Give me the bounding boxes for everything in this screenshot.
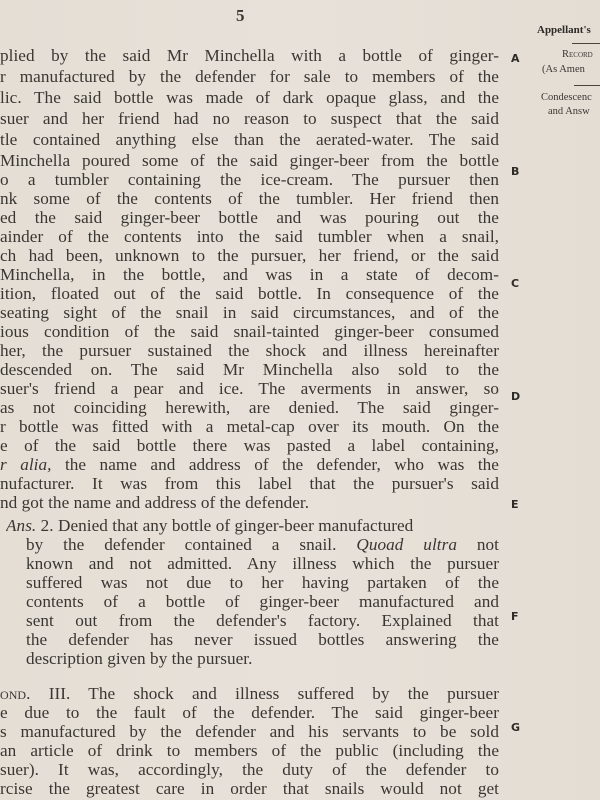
text-line: Minchella poured some of the said ginger… (0, 151, 499, 171)
text-line: suffered was not due to her having parta… (26, 573, 499, 593)
text-line: s manufactured by the defender and his s… (0, 722, 499, 742)
text-line: rcise the greatest care in order that sn… (0, 779, 499, 799)
text-line: an article of drink to members of the pu… (0, 741, 499, 761)
sidebar-record-line2: (As Amen (542, 64, 585, 75)
text-fragment: by the defender contained a snail. (26, 535, 336, 554)
text-line: plied by the said Mr Minchella with a bo… (0, 46, 499, 66)
sidebar-rule (574, 85, 600, 86)
margin-letter-c: C (511, 277, 519, 290)
text-line: nd got the name and address of the defen… (0, 493, 499, 513)
text-line: nufacturer. It was from this label that … (0, 474, 499, 494)
text-line: suer). It was, accordingly, the duty of … (0, 760, 499, 780)
text-line: her, the pursuer sustained the shock and… (0, 341, 499, 361)
text-line: tle contained anything else than the aer… (0, 130, 499, 150)
text-line: Minchella, in the bottle, and was in a s… (0, 265, 499, 285)
answer-label: Ans. (6, 516, 36, 535)
sidebar-section-line2: and Answ (548, 106, 590, 117)
sidebar-section-line1: Condescenc (541, 92, 592, 103)
margin-letter-g: G (511, 721, 520, 734)
cond-heading-line: ond. III. The shock and illness suffered… (0, 684, 499, 704)
text-line: known and not admitted. Any illness whic… (26, 554, 499, 574)
text-line: suer's friend a pear and ice. The averme… (0, 379, 499, 399)
text-line: r alia, the name and address of the defe… (0, 455, 499, 475)
text-line: as not coinciding herewith, are denied. … (0, 398, 499, 418)
running-sidebar: Appellant's Record (As Amen Condescenc a… (528, 0, 600, 800)
page-number: 5 (236, 6, 245, 26)
text-line: o a tumbler containing the ice-cream. Th… (0, 170, 499, 190)
text-fragment: Denied that any bottle of ginger-beer ma… (58, 516, 413, 535)
italic-quoad-ultra: Quoad ultra (356, 535, 457, 554)
sidebar-record-line1: Record (562, 49, 593, 60)
text-line: the defender has never issued bottles an… (26, 630, 499, 650)
cond-label: ond. (0, 684, 31, 703)
text-line: ition, floated out of the said bottle. I… (0, 284, 499, 304)
text-line: suer and her friend had no reason to sus… (0, 109, 499, 129)
answer-number: 2. (41, 516, 54, 535)
text-line: e of the said bottle there was pasted a … (0, 436, 499, 456)
text-line: descended on. The said Mr Minchella also… (0, 360, 499, 380)
answer-heading-line: Ans. 2. Denied that any bottle of ginger… (6, 516, 499, 536)
text-line: lic. The said bottle was made of dark op… (0, 88, 499, 108)
text-line: r manufactured by the defender for sale … (0, 67, 499, 87)
text-line: r bottle was fitted with a metal-cap ove… (0, 417, 499, 437)
document-page: 5 plied by the said Mr Minchella with a … (0, 0, 600, 800)
margin-letter-a: A (511, 52, 520, 65)
italic-inter-alia: r alia, (0, 455, 51, 474)
text-line: contents of a bottle of ginger-beer manu… (26, 592, 499, 612)
cond-number: III. (49, 684, 71, 703)
margin-letter-e: E (511, 498, 519, 511)
text-fragment: The shock and illness suffered by the pu… (88, 684, 499, 703)
text-line: ious condition of the said snail-tainted… (0, 322, 499, 342)
text-line: seating sight of the snail in said circu… (0, 303, 499, 323)
text-line: description given by the pursuer. (26, 649, 499, 669)
text-fragment: the name and address of the defender, wh… (51, 455, 499, 474)
text-line: nk some of the contents of the tumbler. … (0, 189, 499, 209)
margin-letter-b: B (511, 165, 519, 178)
sidebar-title: Appellant's (537, 24, 591, 36)
sidebar-rule (572, 43, 600, 44)
text-line: ainder of the contents into the said tum… (0, 227, 499, 247)
text-line: ed the said ginger-beer bottle and was p… (0, 208, 499, 228)
text-line: e due to the fault of the defender. The … (0, 703, 499, 723)
margin-letter-f: F (511, 610, 519, 623)
text-line: sent out from the defender's factory. Ex… (26, 611, 499, 631)
margin-letter-d: D (511, 390, 520, 403)
text-line: by the defender contained a snail. Quoad… (26, 535, 499, 555)
text-line: ch had been, unknown to the pursuer, her… (0, 246, 499, 266)
text-fragment: not (457, 535, 499, 554)
